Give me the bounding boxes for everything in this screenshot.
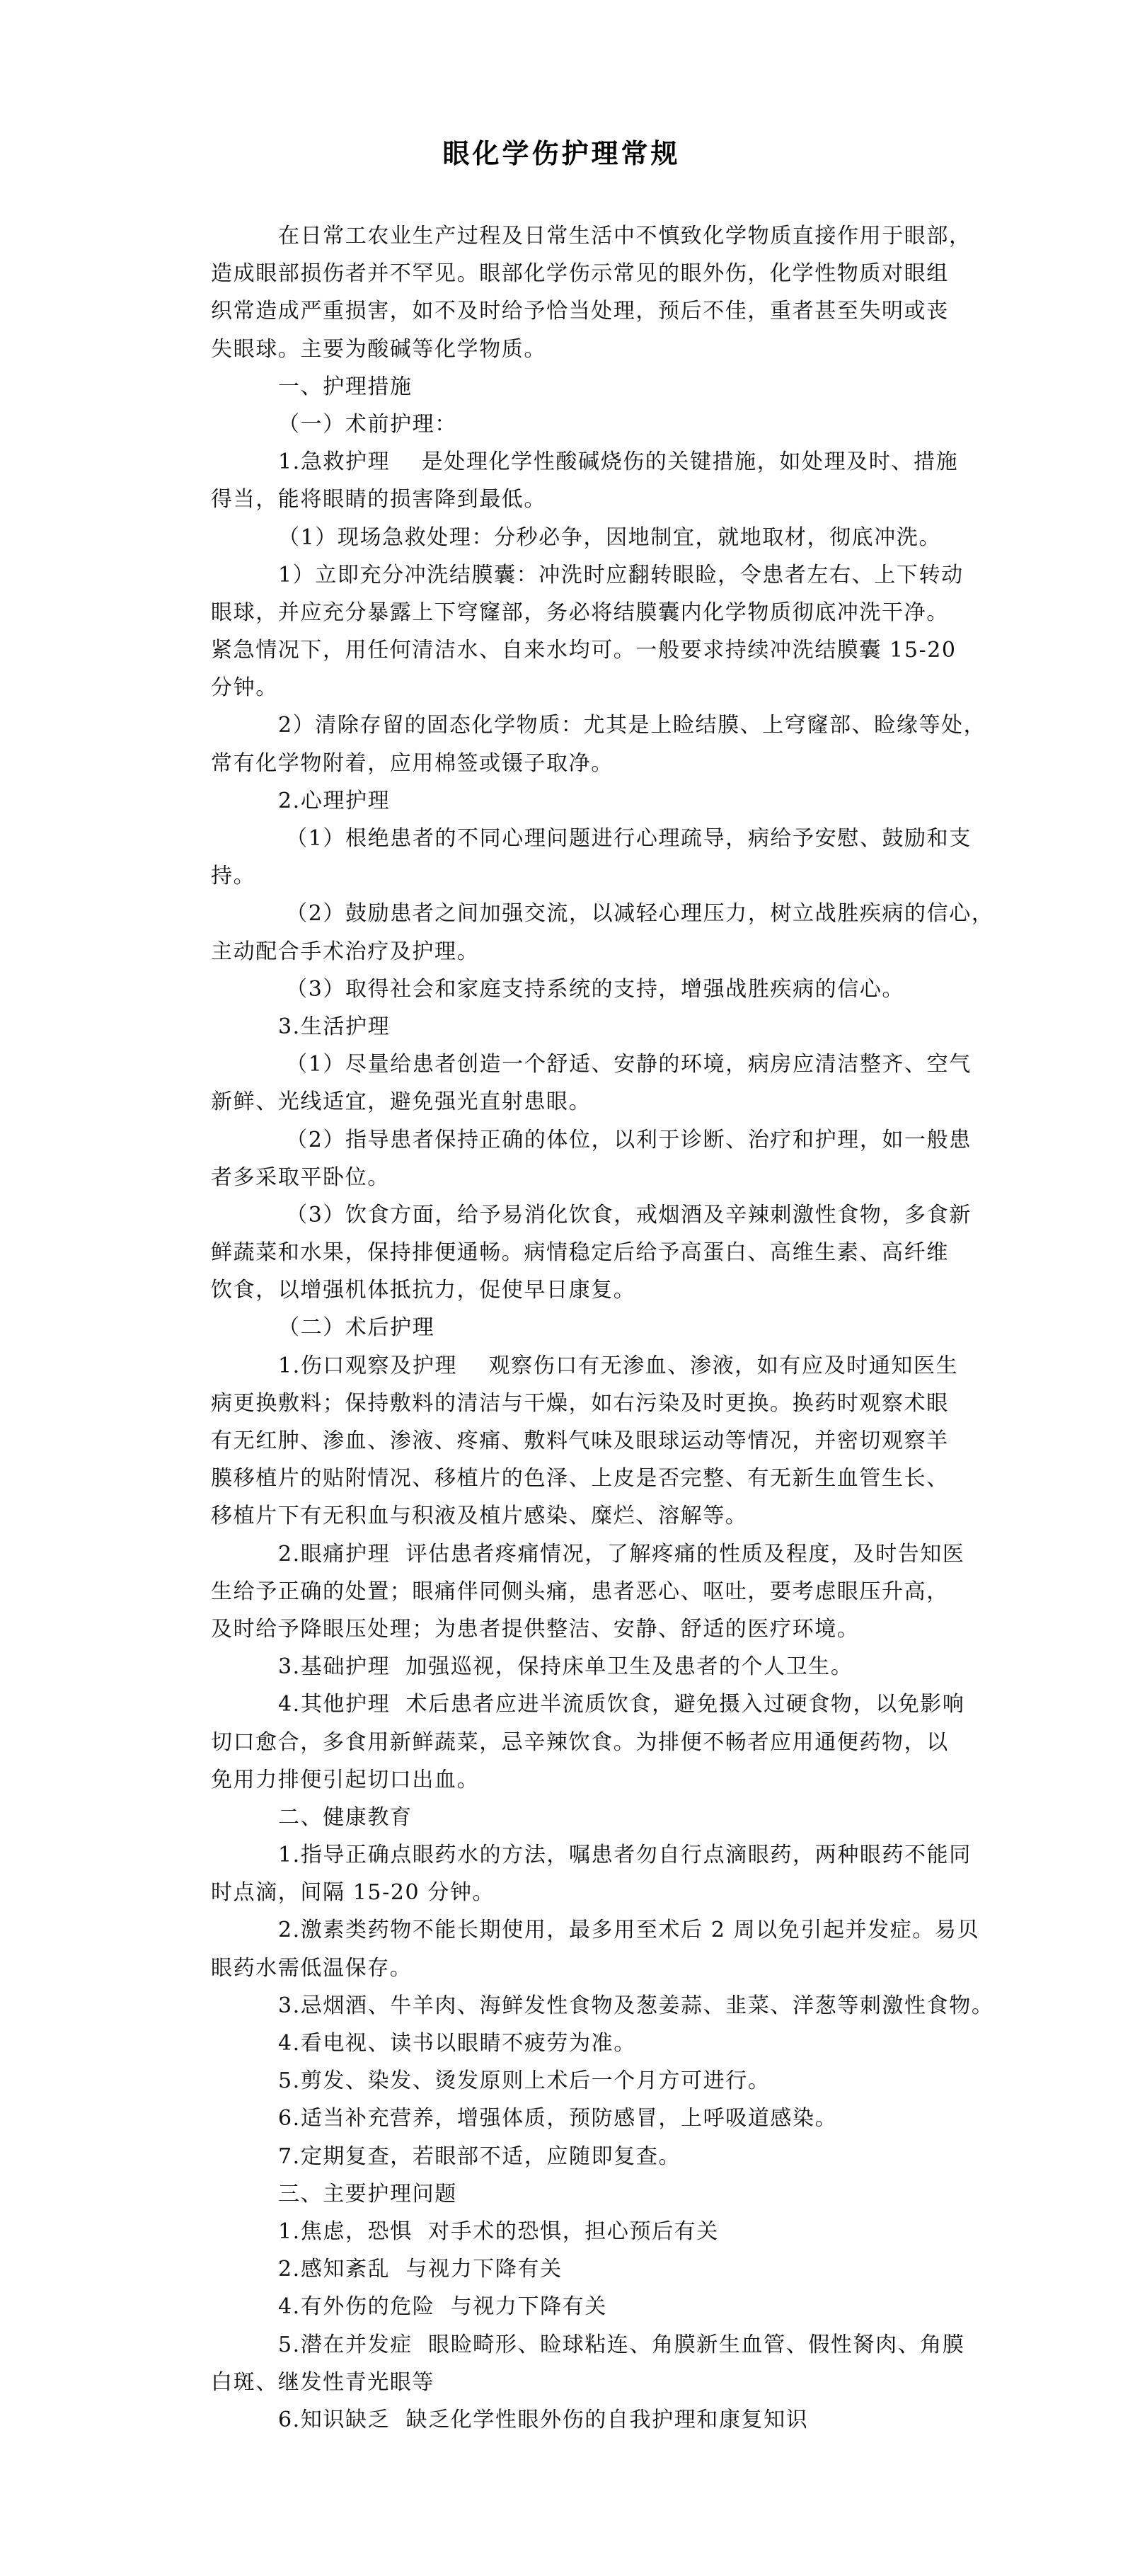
paragraph-line: 5.剪发、染发、烫发原则上术后一个月方可进行。 (211, 2062, 961, 2100)
paragraph-line: 失眼球。主要为酸碱等化学物质。 (211, 331, 961, 368)
paragraph-line: 1.焦虑，恐惧 对手术的恐惧，担心预后有关 (211, 2213, 961, 2250)
paragraph-line: （一）术前护理： (211, 406, 961, 443)
paragraph-line: 常有化学物附着，应用棉签或镊子取净。 (211, 745, 961, 782)
document-body: 在日常工农业生产过程及日常生活中不慎致化学物质直接作用于眼部，造成眼部损伤者并不… (211, 217, 961, 2439)
paragraph-line: （1）现场急救处理：分秒必争，因地制宜，就地取材，彻底冲洗。 (211, 519, 961, 556)
paragraph-line: 织常造成严重损害，如不及时给予恰当处理，预后不佳，重者甚至失明或丧 (211, 292, 961, 330)
paragraph-line: 一、护理措施 (211, 368, 961, 406)
paragraph-line: 及时给予降眼压处理；为患者提供整洁、安静、舒适的医疗环境。 (211, 1610, 961, 1648)
paragraph-line: 生给予正确的处置；眼痛伴同侧头痛，患者恶心、呕吐，要考虑眼压升高， (211, 1573, 961, 1610)
paragraph-line: 新鲜、光线适宜，避免强光直射患眼。 (211, 1083, 961, 1121)
paragraph-line: 饮食，以增强机体抵抗力，促使早日康复。 (211, 1271, 961, 1309)
paragraph-line: 2.感知紊乱 与视力下降有关 (211, 2250, 961, 2288)
paragraph-line: 2.激素类药物不能长期使用，最多用至术后 2 周以免引起并发症。易贝 (211, 1911, 961, 1949)
paragraph-line: （二）术后护理 (211, 1309, 961, 1346)
paragraph-line: 鲜蔬菜和水果，保持排便通畅。病情稳定后给予高蛋白、高维生素、高纤维 (211, 1234, 961, 1271)
paragraph-line: 膜移植片的贴附情况、移植片的色泽、上皮是否完整、有无新生血管生长、 (211, 1460, 961, 1497)
paragraph-line: （1）尽量给患者创造一个舒适、安静的环境，病房应清洁整齐、空气 (211, 1046, 961, 1083)
paragraph-line: 6.知识缺乏 缺乏化学性眼外伤的自我护理和康复知识 (211, 2401, 961, 2439)
paragraph-line: 二、健康教育 (211, 1799, 961, 1836)
paragraph-line: 眼药水需低温保存。 (211, 1950, 961, 1987)
paragraph-line: 5.潜在并发症 眼睑畸形、睑球粘连、角膜新生血管、假性胬肉、角膜 (211, 2326, 961, 2364)
paragraph-line: （2）指导患者保持正确的体位，以利于诊断、治疗和护理，如一般患 (211, 1121, 961, 1159)
paragraph-line: 1.急救护理 是处理化学性酸碱烧伤的关键措施，如处理及时、措施 (211, 443, 961, 481)
paragraph-line: （3）取得社会和家庭支持系统的支持，增强战胜疾病的信心。 (211, 971, 961, 1008)
paragraph-line: 2）清除存留的固态化学物质：尤其是上睑结膜、上穹窿部、睑缘等处， (211, 706, 961, 744)
paragraph-line: 造成眼部损伤者并不罕见。眼部化学伤示常见的眼外伤，化学性物质对眼组 (211, 255, 961, 292)
paragraph-line: 时点滴，间隔 15-20 分钟。 (211, 1874, 961, 1911)
paragraph-line: 1.指导正确点眼药水的方法，嘱患者勿自行点滴眼药，两种眼药不能同 (211, 1836, 961, 1874)
paragraph-line: 切口愈合，多食用新鲜蔬菜，忌辛辣饮食。为排便不畅者应用通便药物，以 (211, 1724, 961, 1761)
paragraph-line: 白斑、继发性青光眼等 (211, 2364, 961, 2401)
paragraph-line: 6.适当补充营养，增强体质，预防感冒，上呼吸道感染。 (211, 2100, 961, 2137)
paragraph-line: 4.其他护理 术后患者应进半流质饮食，避免摄入过硬食物，以免影响 (211, 1685, 961, 1723)
paragraph-line: 紧急情况下，用任何清洁水、自来水均可。一般要求持续冲洗结膜囊 15-20 (211, 631, 961, 669)
paragraph-line: （2）鼓励患者之间加强交流，以减轻心理压力，树立战胜疾病的信心， (211, 895, 961, 932)
document-page: 眼化学伤护理常规 在日常工农业生产过程及日常生活中不慎致化学物质直接作用于眼部，… (0, 0, 1123, 2576)
paragraph-line: 免用力排便引起切口出血。 (211, 1761, 961, 1799)
paragraph-line: 2.心理护理 (211, 782, 961, 820)
paragraph-line: 7.定期复查，若眼部不适，应随即复查。 (211, 2138, 961, 2175)
paragraph-line: 4.看电视、读书以眼睛不疲劳为准。 (211, 2025, 961, 2062)
paragraph-line: 1）立即充分冲洗结膜囊：冲洗时应翻转眼睑，令患者左右、上下转动 (211, 556, 961, 594)
paragraph-line: 3.基础护理 加强巡视，保持床单卫生及患者的个人卫生。 (211, 1648, 961, 1685)
paragraph-line: 1.伤口观察及护理 观察伤口有无渗血、渗液，如有应及时通知医生 (211, 1347, 961, 1385)
paragraph-line: 三、主要护理问题 (211, 2175, 961, 2213)
paragraph-line: （1）根绝患者的不同心理问题进行心理疏导，病给予安慰、鼓励和支 (211, 820, 961, 857)
paragraph-line: 在日常工农业生产过程及日常生活中不慎致化学物质直接作用于眼部， (211, 217, 961, 255)
paragraph-line: 分钟。 (211, 669, 961, 706)
paragraph-line: （3）饮食方面，给予易消化饮食，戒烟酒及辛辣刺激性食物，多食新 (211, 1196, 961, 1234)
paragraph-line: 持。 (211, 857, 961, 895)
paragraph-line: 有无红肿、渗血、渗液、疼痛、敷料气味及眼球运动等情况，并密切观察羊 (211, 1422, 961, 1460)
paragraph-line: 3.生活护理 (211, 1008, 961, 1046)
paragraph-line: 主动配合手术治疗及护理。 (211, 933, 961, 971)
paragraph-line: 移植片下有无积血与积液及植片感染、糜烂、溶解等。 (211, 1497, 961, 1535)
document-title: 眼化学伤护理常规 (0, 136, 1123, 171)
paragraph-line: 眼球，并应充分暴露上下穹窿部，务必将结膜囊内化学物质彻底冲洗干净。 (211, 594, 961, 631)
paragraph-line: 4.有外伤的危险 与视力下降有关 (211, 2288, 961, 2325)
paragraph-line: 得当，能将眼睛的损害降到最低。 (211, 481, 961, 518)
paragraph-line: 者多采取平卧位。 (211, 1159, 961, 1196)
paragraph-line: 2.眼痛护理 评估患者疼痛情况，了解疼痛的性质及程度，及时告知医 (211, 1535, 961, 1573)
paragraph-line: 3.忌烟酒、牛羊肉、海鲜发性食物及葱姜蒜、韭菜、洋葱等刺激性食物。 (211, 1987, 961, 2025)
paragraph-line: 病更换敷料；保持敷料的清洁与干燥，如右污染及时更换。换药时观察术眼 (211, 1385, 961, 1422)
